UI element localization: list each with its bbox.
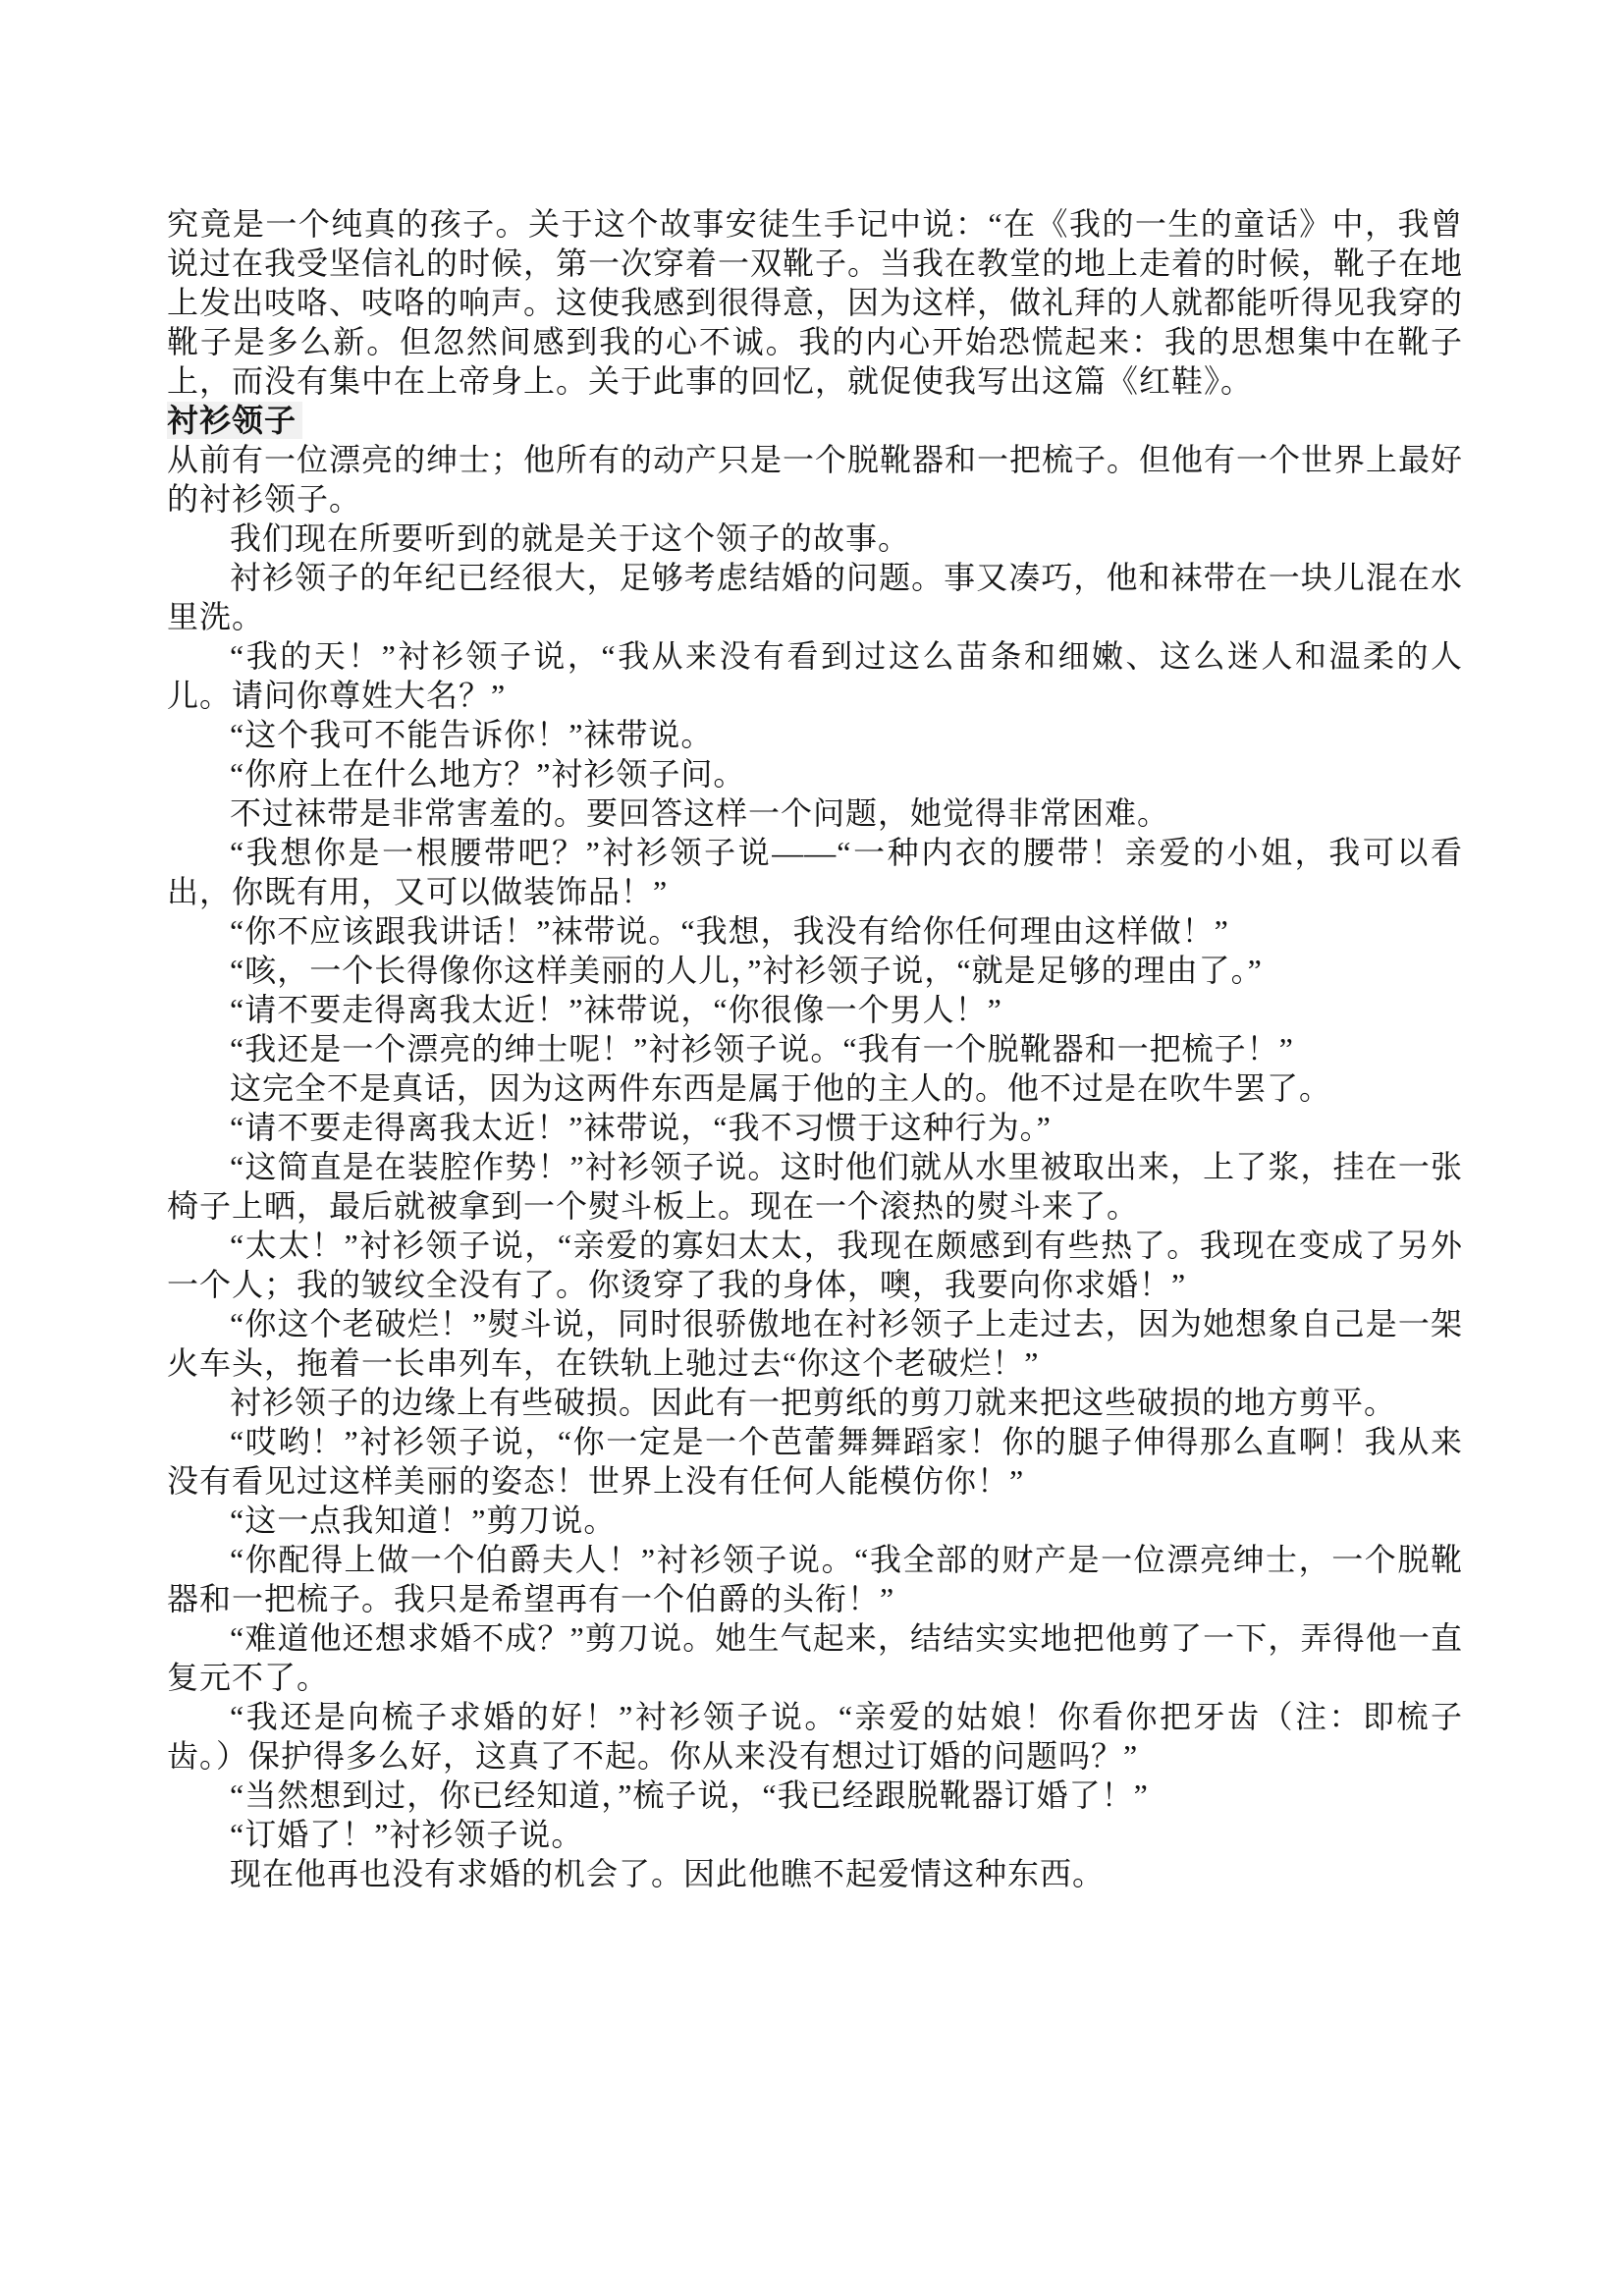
- paragraph: “你这个老破烂！”熨斗说，同时很骄傲地在衬衫领子上走过去，因为她想象自己是一架火…: [167, 1304, 1463, 1383]
- paragraph: 衬衫领子的年纪已经很大，足够考虑结婚的问题。事又凑巧，他和袜带在一块儿混在水里洗…: [167, 558, 1463, 636]
- paragraph: “请不要走得离我太近！”袜带说，“我不习惯于这种行为。”: [167, 1108, 1463, 1147]
- paragraph: “难道他还想求婚不成？”剪刀说。她生气起来，结结实实地把他剪了一下，弄得他一直复…: [167, 1618, 1463, 1697]
- paragraph: 衬衫领子的边缘上有些破损。因此有一把剪纸的剪刀就来把这些破损的地方剪平。: [167, 1383, 1463, 1422]
- paragraph: “太太！”衬衫领子说，“亲爱的寡妇太太，我现在颇感到有些热了。我现在变成了另外一…: [167, 1226, 1463, 1304]
- story-heading: 衬衫领子: [167, 401, 1463, 440]
- paragraph: 这完全不是真话，因为这两件东西是属于他的主人的。他不过是在吹牛罢了。: [167, 1068, 1463, 1108]
- paragraph: “订婚了！”衬衫领子说。: [167, 1815, 1463, 1854]
- paragraph: 从前有一位漂亮的绅士；他所有的动产只是一个脱靴器和一把梳子。但他有一个世界上最好…: [167, 440, 1463, 519]
- paragraph: “请不要走得离我太近！”袜带说，“你很像一个男人！”: [167, 990, 1463, 1029]
- paragraph: “这个我可不能告诉你！”袜带说。: [167, 715, 1463, 754]
- paragraph: “哎哟！”衬衫领子说，“你一定是一个芭蕾舞舞蹈家！你的腿子伸得那么直啊！我从来没…: [167, 1422, 1463, 1501]
- paragraph: “咳，一个长得像你这样美丽的人儿，”衬衫领子说，“就是足够的理由了。”: [167, 951, 1463, 990]
- paragraph: 究竟是一个纯真的孩子。关于这个故事安徒生手记中说：“在《我的一生的童话》中，我曾…: [167, 204, 1463, 401]
- paragraph: “我还是向梳子求婚的好！”衬衫领子说。“亲爱的姑娘！你看你把牙齿（注：即梳子齿。…: [167, 1697, 1463, 1776]
- document-page: 究竟是一个纯真的孩子。关于这个故事安徒生手记中说：“在《我的一生的童话》中，我曾…: [0, 0, 1623, 2296]
- paragraph: “你府上在什么地方？”衬衫领子问。: [167, 754, 1463, 793]
- paragraph: 现在他再也没有求婚的机会了。因此他瞧不起爱情这种东西。: [167, 1854, 1463, 1893]
- paragraph: “我还是一个漂亮的绅士呢！”衬衫领子说。“我有一个脱靴器和一把梳子！”: [167, 1029, 1463, 1068]
- paragraph: “你配得上做一个伯爵夫人！”衬衫领子说。“我全部的财产是一位漂亮绅士，一个脱靴器…: [167, 1540, 1463, 1618]
- text-block: 究竟是一个纯真的孩子。关于这个故事安徒生手记中说：“在《我的一生的童话》中，我曾…: [167, 204, 1463, 1893]
- paragraph: “我想你是一根腰带吧？”衬衫领子说——“一种内衣的腰带！亲爱的小姐，我可以看出，…: [167, 833, 1463, 911]
- paragraph: “这简直是在装腔作势！”衬衫领子说。这时他们就从水里被取出来，上了浆，挂在一张椅…: [167, 1147, 1463, 1226]
- paragraph: “你不应该跟我讲话！”袜带说。“我想，我没有给你任何理由这样做！”: [167, 911, 1463, 951]
- paragraph: 我们现在所要听到的就是关于这个领子的故事。: [167, 519, 1463, 558]
- paragraph: “我的天！”衬衫领子说，“我从来没有看到过这么苗条和细嫩、这么迷人和温柔的人儿。…: [167, 636, 1463, 715]
- paragraph: “当然想到过，你已经知道，”梳子说，“我已经跟脱靴器订婚了！”: [167, 1776, 1463, 1815]
- paragraph: “这一点我知道！”剪刀说。: [167, 1501, 1463, 1540]
- paragraph: 不过袜带是非常害羞的。要回答这样一个问题，她觉得非常困难。: [167, 793, 1463, 833]
- story-heading-text: 衬衫领子: [167, 402, 302, 439]
